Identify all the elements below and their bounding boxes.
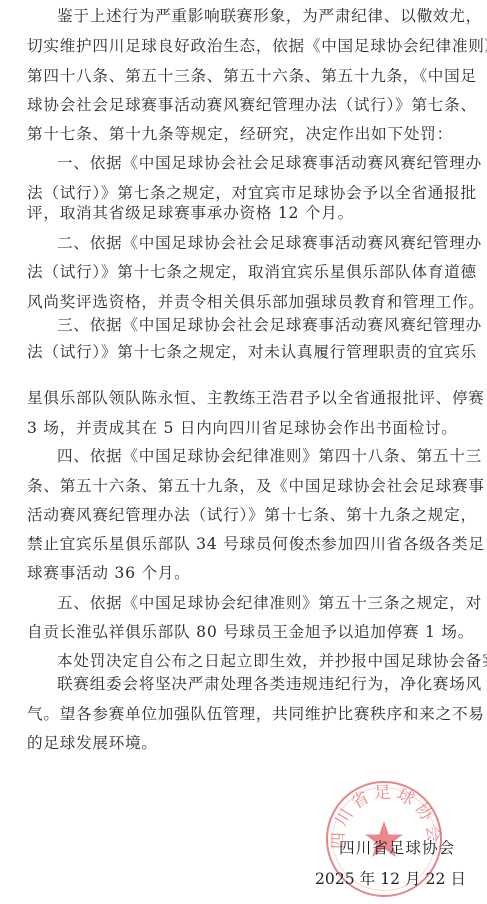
signature-organization: 四川省足球协会 <box>339 838 455 858</box>
document-line: 法（试行）》第十七条之规定，对未认真履行管理职责的宜宾乐 <box>27 342 453 362</box>
document-line: 切实维护四川足球良好政治生态，依据《中国足球协会纪律准则》 <box>27 36 453 56</box>
document-line: 球赛事活动 36 个月。 <box>27 563 453 583</box>
document-line: 鉴于上述行为严重影响联赛形象，为严肃纪律、以儆效尤， <box>57 6 453 26</box>
document-line: 法（试行）》第七条之规定，对宜宾市足球协会予以全省通报批 <box>27 183 453 203</box>
document-line: 法（试行）》第十七条之规定，取消宜宾乐星俱乐部队体育道德 <box>27 262 453 282</box>
document-line: 条、第五十六条、第五十九条，及《中国足球协会社会足球赛事 <box>27 476 453 496</box>
document-line: 四、依据《中国足球协会纪律准则》第四十八条、第五十三 <box>57 446 453 466</box>
document-line: 星俱乐部队领队陈永恒、主教练王浩君予以全省通报批评、停赛 <box>27 388 453 408</box>
document-line: 评，取消其省级足球赛事承办资格 12 个月。 <box>27 203 453 223</box>
signature-date: 2025 年 12 月 22 日 <box>315 869 466 889</box>
document-line: 联赛组委会将坚决严肃处理各类违规违纪行为，净化赛场风 <box>57 674 453 694</box>
document-line: 禁止宜宾乐星俱乐部队 34 号球员何俊杰参加四川省各级各类足 <box>27 534 453 554</box>
document-line: 第十七条、第十九条等规定，经研究，决定作出如下处罚： <box>27 124 453 144</box>
document-line: 球协会社会足球赛事活动赛风赛纪管理办法（试行）》第七条、 <box>27 95 453 115</box>
document-line: 本处罚决定自公布之日起立即生效，并抄报中国足球协会备案。 <box>57 651 453 671</box>
document-line: 气。望各参赛单位加强队伍管理，共同维护比赛秩序和来之不易 <box>27 704 453 724</box>
penalty-notice-document: 鉴于上述行为严重影响联赛形象，为严肃纪律、以儆效尤，切实维护四川足球良好政治生态… <box>0 0 487 904</box>
document-line: 五、依据《中国足球协会纪律准则》第五十三条之规定，对 <box>57 593 453 613</box>
document-line: 的足球发展环境。 <box>27 733 453 753</box>
document-line: 自贡长淮弘祥俱乐部队 80 号球员王金旭予以追加停赛 1 场。 <box>27 622 453 642</box>
document-line: 三、依据《中国足球协会社会足球赛事活动赛风赛纪管理办 <box>57 315 453 335</box>
document-line: 风尚奖评选资格，并责令相关俱乐部加强球员教育和管理工作。 <box>27 292 453 312</box>
document-line: 第四十八条、第五十三条、第五十六条、第五十九条，《中国足 <box>27 66 453 86</box>
document-line: 活动赛风赛纪管理办法（试行）》第十七条、第十九条之规定， <box>27 505 453 525</box>
document-line: 一、依据《中国足球协会社会足球赛事活动赛风赛纪管理办 <box>57 153 453 173</box>
document-line: 3 场，并责成其在 5 日内向四川省足球协会作出书面检讨。 <box>27 418 453 438</box>
document-line: 二、依据《中国足球协会社会足球赛事活动赛风赛纪管理办 <box>57 233 453 253</box>
